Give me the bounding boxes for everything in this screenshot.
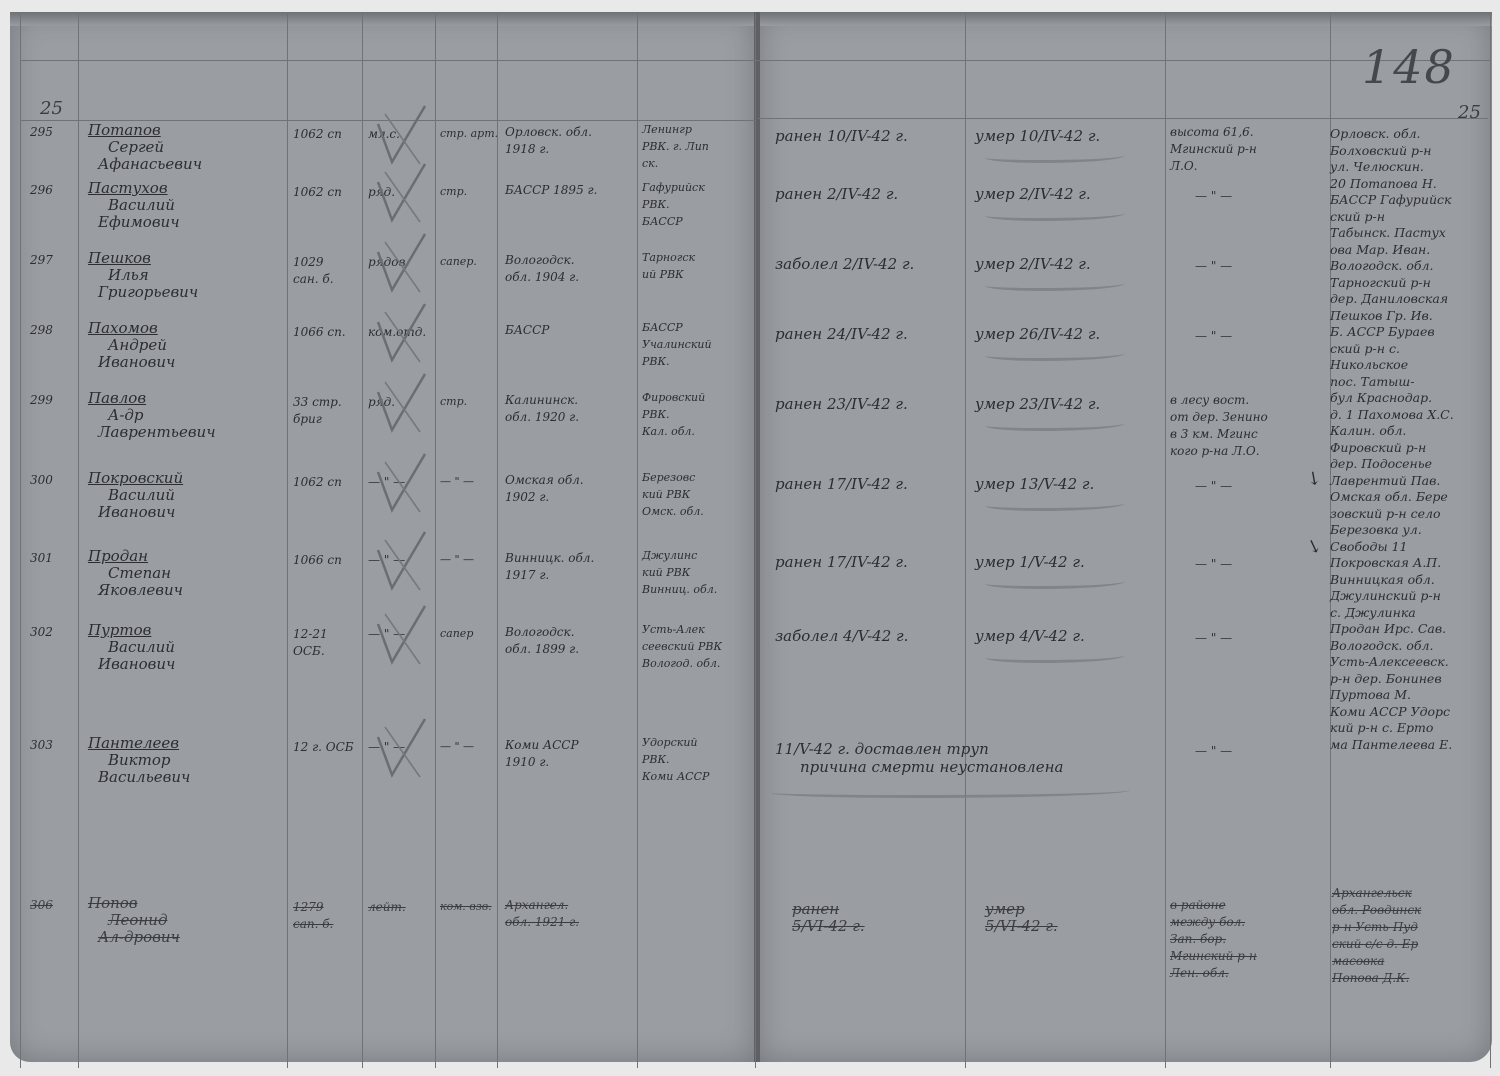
entry-drafted-by: ий РВК — [642, 269, 684, 281]
relatives-note-line: Коми АССР Удорс — [1330, 704, 1480, 721]
entry-number: 300 — [30, 474, 53, 487]
register-book — [10, 12, 1492, 1062]
entry-number: 301 — [30, 552, 53, 565]
entry-rank: лейт. — [368, 901, 406, 914]
entry-burial-ditto: — " — — [1195, 480, 1232, 493]
relatives-note-line: Никольское — [1330, 357, 1480, 374]
entry-relatives: масовка — [1332, 955, 1384, 968]
entry-birthplace-year: 1918 г. — [505, 143, 549, 156]
entry-drafted-by: Омск. обл. — [642, 506, 704, 518]
relatives-note-line: Орловск. обл. — [1330, 126, 1480, 143]
entry-drafted-by: кий РВК — [642, 567, 690, 579]
entry-drafted-by: сеевский РВК — [642, 641, 722, 653]
entry-drafted-by: Гафурийск — [642, 182, 705, 194]
entry-first-name: Василий — [108, 487, 175, 504]
relatives-note-line: Джулинский р-н — [1330, 588, 1480, 605]
entry-event: ранен 2/IV-42 г. — [775, 186, 898, 203]
entry-burial-ditto: — " — — [1195, 260, 1232, 273]
entry-surname: Пешков — [88, 250, 151, 267]
entry-death: умер 13/V-42 г. — [975, 476, 1094, 493]
relatives-note-line: Фировский р-н — [1330, 440, 1480, 457]
entry-position: ком. взв. — [440, 901, 492, 913]
entry-patronymic: Григорьевич — [98, 284, 198, 301]
entry-number: 297 — [30, 254, 53, 267]
entry-burial-ditto: — " — — [1195, 330, 1232, 343]
entry-birthplace-year: Вологодск. — [505, 254, 575, 267]
entry-unit: 1066 сп. — [293, 326, 346, 339]
entry-surname: Продан — [88, 548, 148, 565]
entry-unit: 1062 сп — [293, 186, 342, 199]
relatives-note-line: Табынск. Пастух — [1330, 225, 1480, 242]
entry-burial: в районе — [1170, 899, 1226, 912]
entry-drafted-by: Усть-Алек — [642, 624, 705, 636]
relatives-note-line: бул Краснодар. — [1330, 390, 1480, 407]
entry-position: — " — — [440, 741, 474, 753]
relatives-note-line: ова Мар. Иван. — [1330, 242, 1480, 259]
entry-birthplace-year: обл. 1921 г. — [505, 916, 579, 929]
relatives-note-line: р-н дер. Бонинев — [1330, 671, 1480, 688]
entry-burial-ditto: — " — — [1195, 632, 1232, 645]
entry-surname: Пастухов — [88, 180, 168, 197]
entry-patronymic: Иванович — [98, 656, 175, 673]
entry-unit: 1029 — [293, 256, 324, 269]
entry-drafted-by: Березовс — [642, 472, 695, 484]
entry-number: 298 — [30, 324, 53, 337]
entry-event: ранен 10/IV-42 г. — [775, 128, 908, 145]
checkmark-icon — [370, 162, 430, 232]
relatives-note-line: Усть-Алексеевск. — [1330, 654, 1480, 671]
entry-drafted-by: ск. — [642, 158, 658, 170]
entry-patronymic: Яковлевич — [98, 582, 183, 599]
entry-birthplace-year: 1910 г. — [505, 756, 549, 769]
entry-unit: ОСБ. — [293, 645, 325, 658]
entry-event: ранен 24/IV-42 г. — [775, 326, 908, 343]
entry-first-name: Виктор — [108, 752, 171, 769]
entry-unit: сап. б. — [293, 918, 333, 931]
entry-birthplace-year: БАССР 1895 г. — [505, 184, 597, 197]
entry-event-detail: причина смерти неустановлена — [800, 759, 1063, 776]
relatives-note-line: д. 1 Пахомова Х.С. — [1330, 407, 1480, 424]
relatives-note-line: Винницкая обл. — [1330, 572, 1480, 589]
entry-patronymic: Иванович — [98, 354, 175, 371]
entry-drafted-by: Вологод. обл. — [642, 658, 720, 670]
entry-burial: Лен. обл. — [1170, 967, 1229, 980]
entry-birthplace-year: Омская обл. — [505, 474, 584, 487]
entry-event: ранен 17/IV-42 г. — [775, 476, 908, 493]
entry-surname: Павлов — [88, 390, 146, 407]
folio-number: 148 — [1362, 40, 1456, 94]
relatives-note-line: Лаврентий Пав. — [1330, 473, 1480, 490]
entry-birthplace-year: обл. 1899 г. — [505, 643, 579, 656]
entry-patronymic: Афанасьевич — [98, 156, 202, 173]
entry-relatives: Архангельск — [1332, 887, 1412, 900]
entry-number: 306 — [30, 899, 53, 912]
entry-position: — " — — [440, 476, 474, 488]
entry-unit: 1279 — [293, 901, 324, 914]
checkmark-icon — [370, 232, 430, 302]
relatives-note-line: Б. АССР Бураев — [1330, 324, 1480, 341]
entry-birthplace-year: Калининск. — [505, 394, 578, 407]
entry-surname: Потапов — [88, 122, 161, 139]
relatives-note-line: Пуртова М. — [1330, 687, 1480, 704]
entry-first-name: Леонид — [108, 912, 167, 929]
entry-birthplace-year: Винницк. обл. — [505, 552, 594, 565]
entry-unit: сан. б. — [293, 273, 334, 286]
entry-burial-ditto: — " — — [1195, 745, 1232, 758]
entry-surname: Попов — [88, 895, 138, 912]
entry-unit: бриг — [293, 413, 322, 426]
entry-death: умер 2/IV-42 г. — [975, 256, 1091, 273]
entry-burial: Мгинский р-н — [1170, 950, 1257, 963]
entry-drafted-by: РВК. — [642, 409, 670, 421]
entry-birthplace-year: БАССР — [505, 324, 549, 337]
entry-death: умер 10/IV-42 г. — [975, 128, 1100, 145]
relatives-note-line: кий р-н с. Ерто — [1330, 720, 1480, 737]
relatives-note-line: Свободы 11 — [1330, 539, 1480, 556]
entry-number: 302 — [30, 626, 53, 639]
entry-first-name: Степан — [108, 565, 171, 582]
entry-drafted-by: Джулинс — [642, 550, 697, 562]
entry-unit: 1066 сп — [293, 554, 342, 567]
relatives-note-line: пос. Татыш- — [1330, 374, 1480, 391]
entry-patronymic: Иванович — [98, 504, 175, 521]
entry-death: умер 26/IV-42 г. — [975, 326, 1100, 343]
entry-drafted-by: Коми АССР — [642, 771, 709, 783]
entry-birthplace-year: 1917 г. — [505, 569, 549, 582]
entry-birthplace-year: обл. 1904 г. — [505, 271, 579, 284]
entry-birthplace-year: Архангел. — [505, 899, 568, 912]
relatives-note-line: ский р-н — [1330, 209, 1480, 226]
entry-birthplace-year: обл. 1920 г. — [505, 411, 579, 424]
entry-drafted-by: кий РВК — [642, 489, 690, 501]
entry-unit: 12 г. ОСБ — [293, 741, 354, 754]
entry-death: 5/VI-42 г. — [985, 918, 1058, 935]
entry-event: 11/V-42 г. доставлен труп — [775, 741, 989, 758]
entry-patronymic: Ефимович — [98, 214, 180, 231]
entry-drafted-by: Винниц. обл. — [642, 584, 717, 596]
entry-position: — " — — [440, 554, 474, 566]
relatives-note-line: Вологодск. обл. — [1330, 638, 1480, 655]
entry-event: ранен 17/IV-42 г. — [775, 554, 908, 571]
checkmark-icon — [370, 604, 430, 674]
entry-drafted-by: РВК. — [642, 754, 670, 766]
page-number-left: 25 — [40, 98, 63, 119]
entry-first-name: Василий — [108, 197, 175, 214]
entry-drafted-by: РВК. г. Лип — [642, 141, 709, 153]
entry-event: ранен — [792, 901, 839, 918]
entry-patronymic: Васильевич — [98, 769, 190, 786]
entry-position: стр. арт. — [440, 128, 498, 140]
relatives-note-line: ул. Челюскин. — [1330, 159, 1480, 176]
relatives-note-line: Покровская А.П. — [1330, 555, 1480, 572]
entry-birthplace-year: Вологодск. — [505, 626, 575, 639]
page-number-right: 25 — [1458, 102, 1481, 123]
relatives-note-line: Березовка ул. — [1330, 522, 1480, 539]
relatives-note-line: 20 Потапова Н. — [1330, 176, 1480, 193]
entry-death: умер — [985, 901, 1025, 918]
entry-patronymic: Ал-дрович — [98, 929, 180, 946]
entry-relatives: Попова Д.К. — [1332, 972, 1409, 985]
entry-burial-ditto: — " — — [1195, 558, 1232, 571]
entry-position: сапер — [440, 628, 473, 640]
entry-drafted-by: БАССР — [642, 216, 683, 228]
entry-burial: Зап. бор. — [1170, 933, 1226, 946]
entry-birthplace-year: Орловск. обл. — [505, 126, 592, 139]
entry-burial: в лесу вост. — [1170, 394, 1249, 407]
entry-unit: 12-21 — [293, 628, 328, 641]
entry-relatives: ский с/с д. Ер — [1332, 938, 1418, 951]
entry-drafted-by: РВК. — [642, 356, 670, 368]
relatives-note-line: ский р-н с. — [1330, 341, 1480, 358]
entry-burial: высота 61,6. — [1170, 126, 1254, 139]
entry-surname: Пуртов — [88, 622, 151, 639]
entry-event: заболел 2/IV-42 г. — [775, 256, 914, 273]
entry-burial: в 3 км. Мгинс — [1170, 428, 1258, 441]
entry-position: стр. — [440, 396, 467, 408]
entry-first-name: А-др — [108, 407, 144, 424]
entry-surname: Пахомов — [88, 320, 158, 337]
entry-burial: от дер. Зенино — [1170, 411, 1268, 424]
entry-unit: 1062 сп — [293, 476, 342, 489]
entry-birthplace-year: Коми АССР — [505, 739, 579, 752]
relatives-note-line: Калин. обл. — [1330, 423, 1480, 440]
entry-first-name: Андрей — [108, 337, 167, 354]
entry-death: умер 23/IV-42 г. — [975, 396, 1100, 413]
entry-patronymic: Лаврентьевич — [98, 424, 216, 441]
entry-birthplace-year: 1902 г. — [505, 491, 549, 504]
relatives-note-line: Продан Ирс. Сав. — [1330, 621, 1480, 638]
entry-event: заболел 4/V-42 г. — [775, 628, 908, 645]
relatives-note-line: ма Пантелеева Е. — [1330, 737, 1480, 754]
entry-drafted-by: БАССР — [642, 322, 683, 334]
entry-relatives: р-н Усть-Пуд — [1332, 921, 1418, 934]
entry-burial: между бол. — [1170, 916, 1245, 929]
entry-death: умер 4/V-42 г. — [975, 628, 1085, 645]
entry-burial: Мгинский р-н — [1170, 143, 1257, 156]
relatives-note-line: БАССР Гафурийск — [1330, 192, 1480, 209]
checkmark-icon — [370, 717, 430, 787]
relatives-column: Орловск. обл.Болховский р-нул. Челюскин.… — [1330, 126, 1480, 753]
entry-death: умер 1/V-42 г. — [975, 554, 1085, 571]
relatives-note-line: дер. Даниловская — [1330, 291, 1480, 308]
relatives-note-line: Вологодск. обл. — [1330, 258, 1480, 275]
entry-number: 303 — [30, 739, 53, 752]
entry-first-name: Сергей — [108, 139, 164, 156]
entry-event: ранен 23/IV-42 г. — [775, 396, 908, 413]
relatives-note-line: Пешков Гр. Ив. — [1330, 308, 1480, 325]
entry-event: 5/VI-42 г. — [792, 918, 865, 935]
entry-drafted-by: РВК. — [642, 199, 670, 211]
entry-drafted-by: Ленингр — [642, 124, 692, 136]
entry-burial: кого р-на Л.О. — [1170, 445, 1260, 458]
entry-number: 296 — [30, 184, 53, 197]
entry-number: 295 — [30, 126, 53, 139]
relatives-note-line: с. Джулинка — [1330, 605, 1480, 622]
entry-first-name: Василий — [108, 639, 175, 656]
relatives-note-line: Тарногский р-н — [1330, 275, 1480, 292]
relatives-note-line: Омская обл. Бере — [1330, 489, 1480, 506]
entry-drafted-by: Кал. обл. — [642, 426, 695, 438]
entry-position: сапер. — [440, 256, 477, 268]
entry-burial: Л.О. — [1170, 160, 1197, 173]
entry-drafted-by: Фировский — [642, 392, 705, 404]
entry-death: умер 2/IV-42 г. — [975, 186, 1091, 203]
relatives-note-line: Болховский р-н — [1330, 143, 1480, 160]
entry-first-name: Илья — [108, 267, 149, 284]
entry-surname: Пантелеев — [88, 735, 179, 752]
entry-position: стр. — [440, 186, 467, 198]
checkmark-icon — [370, 452, 430, 522]
entry-drafted-by: Учалинский — [642, 339, 712, 351]
entry-burial-ditto: — " — — [1195, 190, 1232, 203]
entry-unit: 1062 сп — [293, 128, 342, 141]
entry-surname: Покровский — [88, 470, 183, 487]
relatives-note-line: дер. Подосенье — [1330, 456, 1480, 473]
entry-drafted-by: Тарногск — [642, 252, 695, 264]
entry-relatives: обл. Ровдинск — [1332, 904, 1421, 917]
checkmark-icon — [370, 302, 430, 372]
entry-unit: 33 стр. — [293, 396, 342, 409]
entry-number: 299 — [30, 394, 53, 407]
checkmark-icon — [370, 530, 430, 600]
checkmark-icon — [370, 372, 430, 442]
entry-drafted-by: Удорский — [642, 737, 697, 749]
relatives-note-line: зовский р-н село — [1330, 506, 1480, 523]
